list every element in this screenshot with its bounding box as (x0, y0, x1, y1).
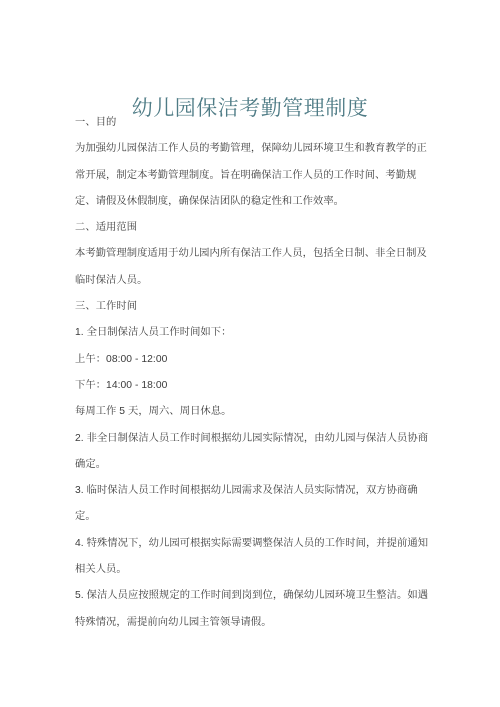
afternoon-hours-line: 下午：14:00 - 18:00 (75, 373, 432, 399)
scope-paragraph: 本考勤管理制度适用于幼儿园内所有保洁工作人员，包括全日制、非全日制及临时保洁人员… (75, 241, 432, 294)
document-page: 幼儿园保洁考勤管理制度 一、目的 为加强幼儿园保洁工作人员的考勤管理，保障幼儿园… (0, 0, 500, 707)
document-body: 一、目的 为加强幼儿园保洁工作人员的考勤管理，保障幼儿园环境卫生和教育教学的正常… (75, 110, 432, 636)
weekly-schedule-line: 每周工作 5 天，周六、周日休息。 (75, 399, 432, 425)
section-2-heading: 二、适用范围 (75, 215, 432, 241)
item-1-fulltime-hours: 1. 全日制保洁人员工作时间如下： (75, 320, 432, 346)
morning-hours-line: 上午：08:00 - 12:00 (75, 347, 432, 373)
item-2-parttime-hours: 2. 非全日制保洁人员工作时间根据幼儿园实际情况，由幼儿园与保洁人员协商确定。 (75, 426, 432, 479)
item-5-attendance-rule: 5. 保洁人员应按照规定的工作时间到岗到位，确保幼儿园环境卫生整洁。如遇特殊情况… (75, 583, 432, 636)
purpose-paragraph: 为加强幼儿园保洁工作人员的考勤管理，保障幼儿园环境卫生和教育教学的正常开展，制定… (75, 136, 432, 215)
item-3-temporary-hours: 3. 临时保洁人员工作时间根据幼儿园需求及保洁人员实际情况，双方协商确定。 (75, 478, 432, 531)
section-3-heading: 三、工作时间 (75, 294, 432, 320)
item-4-special-cases: 4. 特殊情况下，幼儿园可根据实际需要调整保洁人员的工作时间，并提前通知相关人员… (75, 531, 432, 584)
section-1-heading: 一、目的 (75, 110, 432, 136)
